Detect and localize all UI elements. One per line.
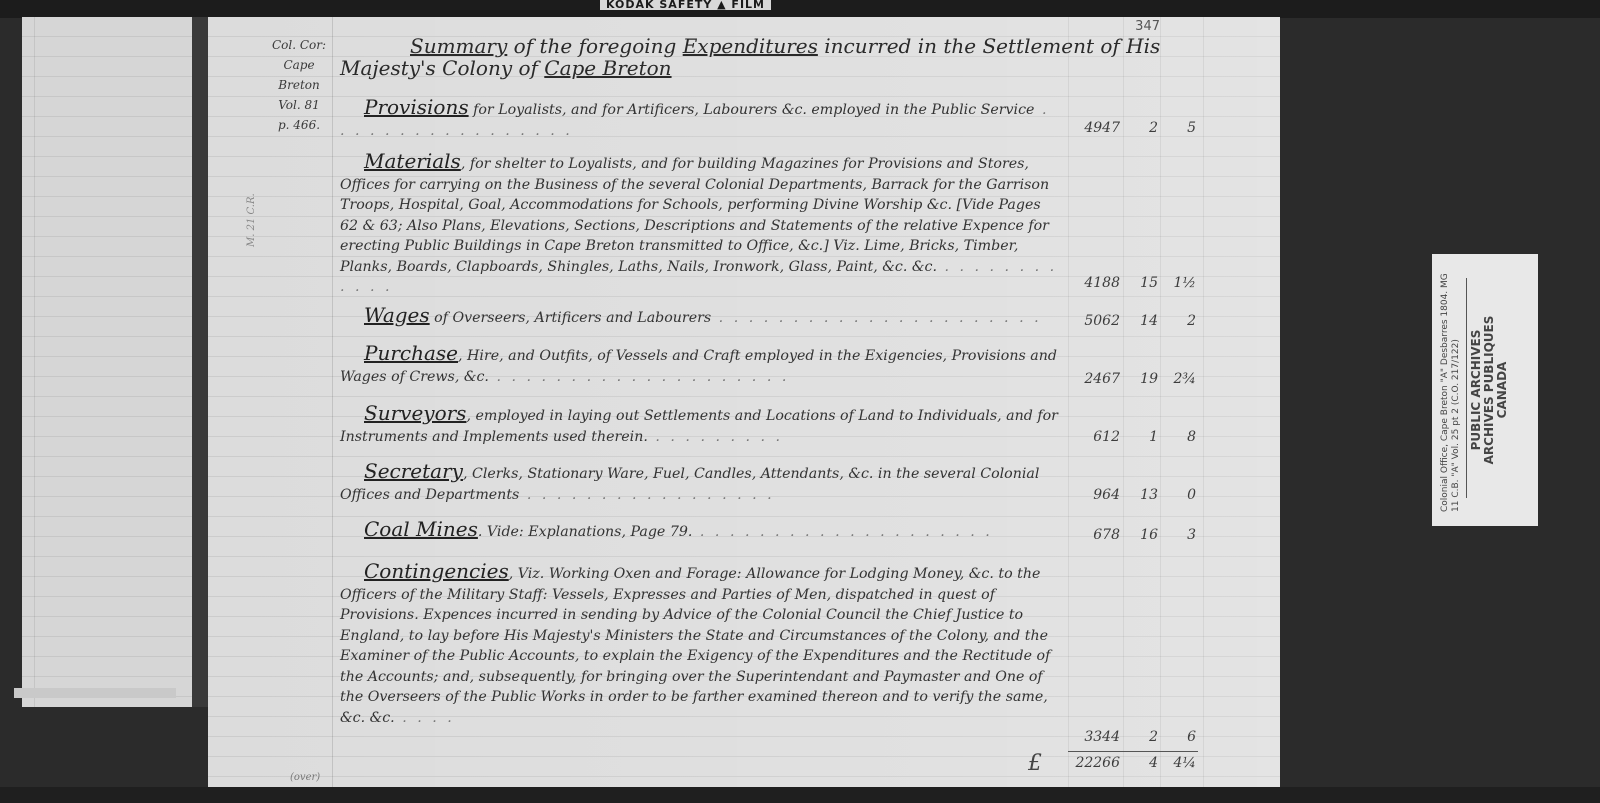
- entry-heading: Provisions: [364, 95, 469, 119]
- ledger-entry: Materials, for shelter to Loyalists, and…: [340, 151, 1060, 298]
- marginal-ref-line: Cape Breton: [264, 55, 334, 95]
- grand-total: 22266 4 4¼: [1070, 755, 1200, 771]
- page-number: 347: [1135, 19, 1160, 34]
- ledger-entry: Wages of Overseers, Artificers and Labou…: [340, 305, 1060, 329]
- marginal-ref-line: Vol. 81: [264, 95, 334, 115]
- dot-leader: . . . . . . . . .: [648, 429, 783, 445]
- entry-amount: 964 13 0: [1070, 487, 1200, 503]
- amount-pence: 8: [1158, 429, 1196, 445]
- amount-shillings: 2: [1120, 729, 1158, 745]
- ledger-entry: Purchase, Hire, and Outfits, of Vessels …: [340, 343, 1060, 387]
- side-note: M. 21 C.R.: [246, 193, 257, 247]
- amount-pence: 5: [1158, 120, 1196, 136]
- amount-pounds: 678: [1070, 527, 1120, 543]
- title-head: Summary: [410, 34, 507, 58]
- dot-leader: . . . . . . . . . . . . . . . . . . . .: [692, 524, 992, 540]
- ledger-entry: Coal Mines. Vide: Explanations, Page 79.…: [340, 519, 1060, 543]
- film-label: KODAK SAFETY ▲ FILM: [600, 0, 771, 10]
- marginal-reference: Col. Cor: Cape Breton Vol. 81 p. 466.: [264, 35, 334, 135]
- amount-pounds: 3344: [1070, 729, 1120, 745]
- title-text: of the foregoing: [507, 34, 682, 58]
- amount-shillings: 19: [1120, 371, 1158, 387]
- film-bottom-edge: [0, 787, 1600, 803]
- marginal-ref-line: p. 466.: [264, 115, 334, 135]
- title-head: Cape Breton: [544, 56, 671, 80]
- entry-amount: 3344 2 6: [1070, 729, 1200, 745]
- margin-line: [34, 17, 35, 707]
- page-fold: [14, 688, 176, 698]
- entry-heading: Secretary: [364, 459, 463, 483]
- entry-text: for Loyalists, and for Artificers, Labou…: [469, 102, 1035, 118]
- entry-amount: 4188 15 1½: [1070, 275, 1200, 291]
- ledger-entry: Provisions for Loyalists, and for Artifi…: [340, 97, 1060, 141]
- amount-pence: 1½: [1158, 275, 1196, 291]
- amount-shillings: 15: [1120, 275, 1158, 291]
- entry-heading: Surveyors: [364, 401, 466, 425]
- dot-leader: . . . .: [395, 710, 455, 726]
- stamp-divider: [1466, 278, 1467, 498]
- archive-stamp-content: Colonial Office, Cape Breton "A" Desbarr…: [1432, 254, 1538, 526]
- total-pence: 4¼: [1158, 755, 1196, 771]
- pound-sign: £: [1028, 751, 1042, 776]
- page-title: Summary of the foregoing Expenditures in…: [340, 35, 1220, 79]
- amount-pounds: 964: [1070, 487, 1120, 503]
- ledger-page: 347 Col. Cor: Cape Breton Vol. 81 p. 466…: [208, 17, 1280, 787]
- entry-text: of Overseers, Artificers and Labourers: [430, 310, 712, 326]
- amount-pence: 3: [1158, 527, 1196, 543]
- total-rule: [1068, 751, 1198, 752]
- entry-amount: 4947 2 5: [1070, 120, 1200, 136]
- amount-pence: 0: [1158, 487, 1196, 503]
- entry-amount: 2467 19 2¾: [1070, 371, 1200, 387]
- entry-amount: 612 1 8: [1070, 429, 1200, 445]
- dot-leader: . . . . . . . . . . . . . . . . . . . . …: [711, 310, 1041, 326]
- amount-pounds: 612: [1070, 429, 1120, 445]
- amount-pence: 6: [1158, 729, 1196, 745]
- entry-amount: 5062 14 2: [1070, 313, 1200, 329]
- amount-pounds: 4188: [1070, 275, 1120, 291]
- amount-column-rule: [1203, 17, 1204, 787]
- entry-heading: Purchase: [364, 341, 458, 365]
- amount-shillings: 13: [1120, 487, 1158, 503]
- amount-pounds: 2467: [1070, 371, 1120, 387]
- left-page-blank: [22, 17, 192, 707]
- entry-text: . Vide: Explanations, Page 79.: [478, 524, 693, 540]
- total-shillings: 4: [1120, 755, 1158, 771]
- archive-name-line: CANADA: [1496, 254, 1509, 526]
- entry-heading: Materials: [364, 149, 461, 173]
- amount-shillings: 1: [1120, 429, 1158, 445]
- total-pounds: 22266: [1070, 755, 1120, 771]
- entry-heading: Contingencies: [364, 559, 509, 583]
- amount-shillings: 16: [1120, 527, 1158, 543]
- ledger-entry: Contingencies, Viz. Working Oxen and For…: [340, 561, 1060, 728]
- amount-column-rule: [1068, 17, 1069, 787]
- archive-name: PUBLIC ARCHIVES ARCHIVES PUBLIQUES CANAD…: [1470, 254, 1509, 526]
- entry-text: , for shelter to Loyalists, and for buil…: [340, 156, 1049, 275]
- amount-shillings: 14: [1120, 313, 1158, 329]
- amount-pounds: 5062: [1070, 313, 1120, 329]
- film-strip: KODAK SAFETY ▲ FILM: [0, 0, 1600, 18]
- dot-leader: . . . . . . . . . . . . . . . . . . . .: [489, 369, 789, 385]
- entry-amount: 678 16 3: [1070, 527, 1200, 543]
- ledger-entry: Secretary, Clerks, Stationary Ware, Fuel…: [340, 461, 1060, 505]
- archive-reference: Colonial Office, Cape Breton "A" Desbarr…: [1440, 262, 1462, 512]
- dot-leader: . . . . . . . . . . . . . . . . .: [519, 487, 774, 503]
- title-head: Expenditures: [683, 34, 818, 58]
- entry-heading: Coal Mines: [364, 517, 478, 541]
- amount-shillings: 2: [1120, 120, 1158, 136]
- amount-pence: 2¾: [1158, 371, 1196, 387]
- marginal-ref-line: Col. Cor:: [264, 35, 334, 55]
- amount-pounds: 4947: [1070, 120, 1120, 136]
- amount-pence: 2: [1158, 313, 1196, 329]
- ledger-entry: Surveyors, employed in laying out Settle…: [340, 403, 1060, 447]
- footer-mark: (over): [290, 772, 320, 783]
- entry-heading: Wages: [364, 303, 430, 327]
- archive-stamp: Colonial Office, Cape Breton "A" Desbarr…: [1432, 254, 1538, 526]
- entry-text: , Viz. Working Oxen and Forage: Allowanc…: [340, 566, 1050, 726]
